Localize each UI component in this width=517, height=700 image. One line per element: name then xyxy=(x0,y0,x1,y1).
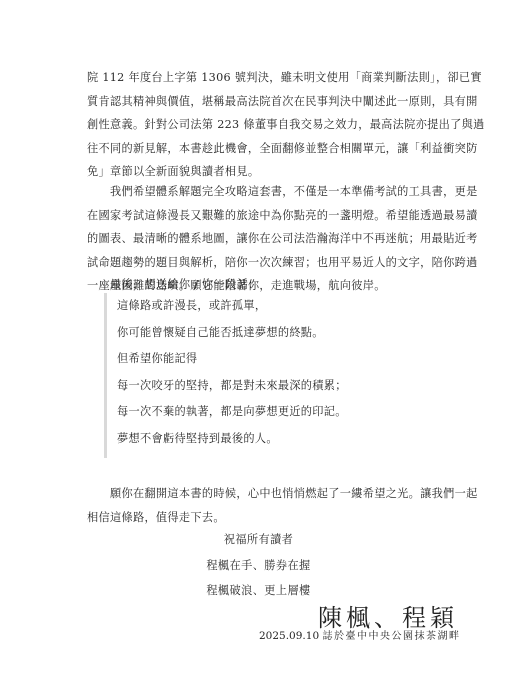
text-line: 試命題趨勢的題目與解析，陪你一次次練習；也用平易近人的文字，陪你跨過 xyxy=(87,251,435,275)
text-line: 我們希望體系解題完全攻略這套書，不僅是一本準備考試的工具書，更是 xyxy=(87,180,435,204)
quote-line: 但希望你能記得 xyxy=(117,346,417,373)
text-line: 願你在翻開這本書的時候，心中也悄悄燃起了一縷希望之光。讓我們一起 xyxy=(87,482,435,506)
closing-line: 祝福所有讀者 xyxy=(0,531,517,547)
text-line: 院 112 年度台上字第 1306 號判決，雖未明文使用「商業判斷法則」，卻已實 xyxy=(87,66,435,90)
date-location: 2025.09.10 誌於臺中中央公園抹茶湖畔 xyxy=(259,627,460,642)
quote-block: 這條路或許漫長，或許孤單， 你可能曾懷疑自己能否抵達夢想的終點。 但希望你能記得… xyxy=(104,293,417,458)
document-page: 院 112 年度台上字第 1306 號判決，雖未明文使用「商業判斷法則」，卻已實… xyxy=(0,0,517,700)
text-line: 相信這條路，值得走下去。 xyxy=(87,506,435,530)
text-line: 創性意義。針對公司法第 223 條董事自我交易之效力，最高法院亦提出了與過 xyxy=(87,113,435,137)
closing-line: 程楓在手、勝券在握 xyxy=(0,557,517,573)
quote-line: 每一次咬牙的堅持，都是對未來最深的積累； xyxy=(117,373,417,400)
quote-line: 夢想不會虧待堅持到最後的人。 xyxy=(117,426,417,453)
quote-line: 你可能曾懷疑自己能否抵達夢想的終點。 xyxy=(117,320,417,347)
location: 誌於臺中中央公園抹茶湖畔 xyxy=(322,631,460,642)
text-line: 在國家考試這條漫長又艱難的旅途中為你點亮的一盞明燈。希望能透過最易讀 xyxy=(87,204,435,228)
quote-line: 每一次不棄的執著，都是向夢想更近的印記。 xyxy=(117,399,417,426)
paragraph-court-ruling: 院 112 年度台上字第 1306 號判決，雖未明文使用「商業判斷法則」，卻已實… xyxy=(87,66,435,184)
paragraph-hope: 願你在翻開這本書的時候，心中也悄悄燃起了一縷希望之光。讓我們一起 相信這條路，值… xyxy=(87,482,435,529)
text-line: 的圖表、最清晰的體系地圖，讓你在公司法浩瀚海洋中不再迷航；用最貼近考 xyxy=(87,227,435,251)
date: 2025.09.10 xyxy=(259,630,319,642)
quote-line: 這條路或許漫長，或許孤單， xyxy=(117,293,417,320)
text-line: 質肯認其精神與價值，堪稱最高法院首次在民事判決中闡述此一原則，具有開 xyxy=(87,90,435,114)
text-line: 往不同的新見解，本書趁此機會，全面翻修並整合相關單元，讓「利益衝突防 xyxy=(87,137,435,161)
closing-line: 程楓破浪、更上層樓 xyxy=(0,582,517,598)
